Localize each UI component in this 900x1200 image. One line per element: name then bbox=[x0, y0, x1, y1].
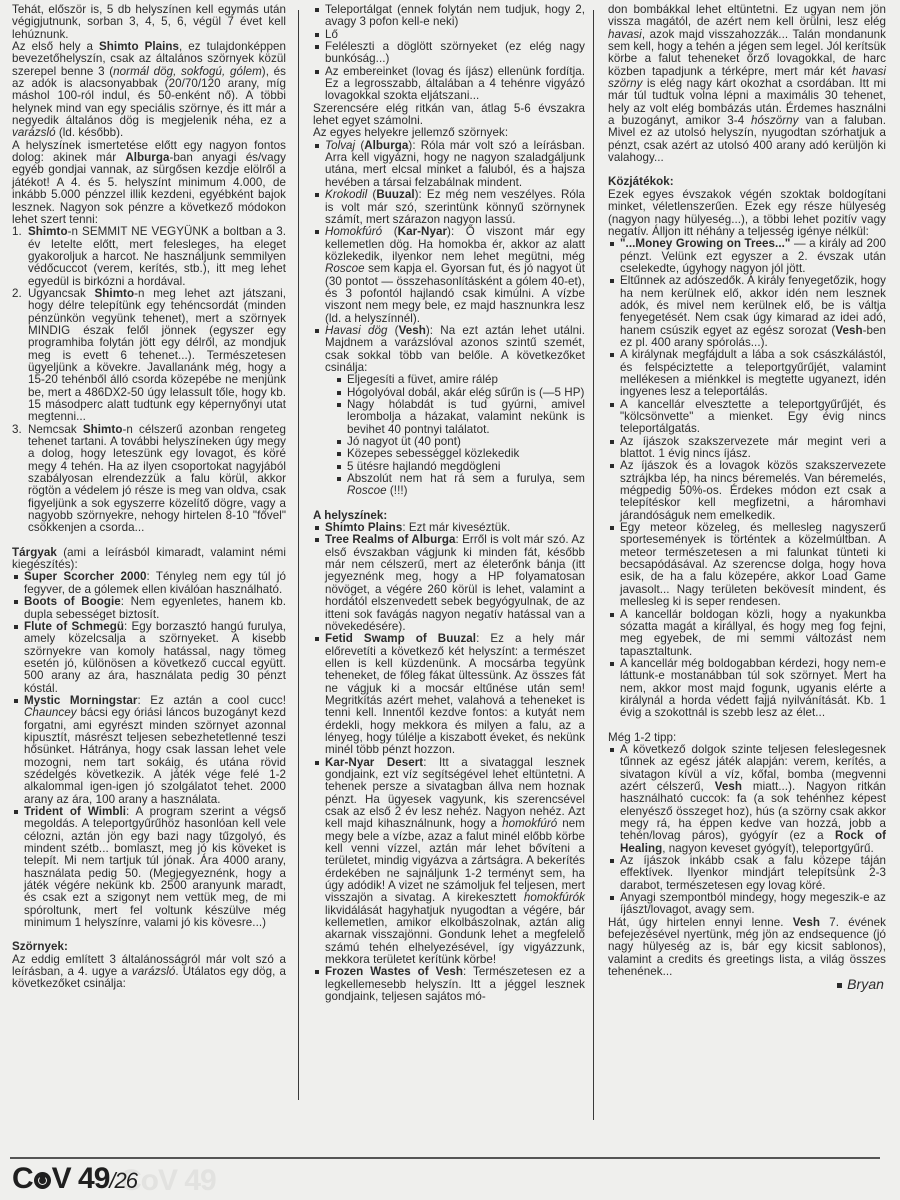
paragraph: Szerencsére elég ritkán van, átlag 5-6 é… bbox=[313, 103, 585, 128]
list-item: Flute of Schmegü: Egy borzasztó hangú fu… bbox=[12, 621, 286, 695]
places-list: Shimto Plains: Ezt már kiveséztük. Tree … bbox=[313, 522, 585, 1003]
column-left: Tehát, először is, 5 db helyszínen kell … bbox=[12, 4, 286, 991]
author-signature: Bryan bbox=[608, 978, 886, 990]
paragraph: Tehát, először is, 5 db helyszínen kell … bbox=[12, 4, 286, 41]
list-item: Az íjászok inkább csak a falu közepe táj… bbox=[608, 855, 886, 892]
local-monsters-list: Tolvaj (Alburga): Róla már volt szó a le… bbox=[313, 140, 585, 498]
list-item: Fetid Swamp of Buuzal: Ez a hely már elő… bbox=[313, 633, 585, 756]
list-item: Nemcsak Shimto-n célszerű azonban renget… bbox=[12, 424, 286, 535]
list-item: Tree Realms of Alburga: Erről is volt má… bbox=[313, 534, 585, 633]
logo-letter-c: C bbox=[12, 1162, 33, 1195]
column-middle: Teleportálgat (ennek folytán nem tudjuk,… bbox=[313, 4, 585, 1004]
tips-list: A következő dolgok szinte teljesen feles… bbox=[608, 744, 886, 917]
paragraph: A helyszínek ismertetése előtt egy nagyo… bbox=[12, 140, 286, 226]
section-heading-interludes: Közjátékok: bbox=[608, 176, 886, 188]
havasi-abilities-list: Eljegesíti a füvet, amire rálép Hógolyóv… bbox=[335, 374, 585, 497]
column-divider bbox=[593, 10, 594, 1120]
paragraph: Az első hely a Shimto Plains, ez tulajdo… bbox=[12, 41, 286, 140]
logo-issue: V 49 bbox=[52, 1162, 110, 1195]
list-item: Super Scorcher 2000: Tényleg nem egy túl… bbox=[12, 571, 286, 596]
interludes-list: "...Money Growing on Trees..." — a királ… bbox=[608, 238, 886, 719]
page-number: /26 bbox=[109, 1168, 137, 1193]
list-item: A királynak megfájdult a lába a sok csás… bbox=[608, 349, 886, 398]
list-item: Egy meteor közeleg, és mellesleg nagysze… bbox=[608, 522, 886, 608]
list-item: Nagy hólabdát is tud gyúrni, amivel lero… bbox=[335, 399, 585, 436]
list-item: A kancellár még boldogabban kérdezi, hog… bbox=[608, 658, 886, 720]
square-bullet-icon bbox=[837, 983, 842, 988]
list-item: Homokfúró (Kar-Nyar): Ő viszont már egy … bbox=[313, 226, 585, 325]
list-item: Tolvaj (Alburga): Róla már volt szó a le… bbox=[313, 140, 585, 189]
paragraph: don bombákkal lehet eltüntetni. Ez ugyan… bbox=[608, 4, 886, 164]
paragraph: Az eddig említett 3 általánosságról már … bbox=[12, 954, 286, 991]
paragraph: Ezek egyes évszakok végén szoktak boldog… bbox=[608, 189, 886, 238]
list-item: A kancellár elvesztette a teleportgyűrűj… bbox=[608, 399, 886, 436]
list-item: Kar-Nyar Desert: Itt a sivataggal leszne… bbox=[313, 757, 585, 967]
magazine-logo: CV 49/26 bbox=[12, 1162, 137, 1196]
list-item: Az íjászok szakszervezete már megint ver… bbox=[608, 436, 886, 461]
list-item: Az íjászok és a lovagok közös szakszerve… bbox=[608, 460, 886, 522]
list-item: Ugyancsak Shimto-n meg lehet azt játszan… bbox=[12, 288, 286, 424]
wizard-abilities-list: Teleportálgat (ennek folytán nem tudjuk,… bbox=[313, 4, 585, 103]
list-item: Mystic Morningstar: Ez aztán a cool cucc… bbox=[12, 695, 286, 806]
column-right: don bombákkal lehet eltüntetni. Ez ugyan… bbox=[608, 4, 886, 991]
list-item: A következő dolgok szinte teljesen feles… bbox=[608, 744, 886, 855]
list-item: Krokodil (Buuzal): Ez még nem veszélyes.… bbox=[313, 189, 585, 226]
list-item: Anyagi szempontból mindegy, hogy megeszi… bbox=[608, 892, 886, 917]
column-divider bbox=[298, 10, 299, 1100]
list-item: Teleportálgat (ennek folytán nem tudjuk,… bbox=[313, 4, 585, 29]
list-item: Frozen Wastes of Vesh: Természetesen ez … bbox=[313, 966, 585, 1003]
list-item: Feléleszti a döglött szörnyeket (ez elég… bbox=[313, 41, 585, 66]
list-item: Eljegesíti a füvet, amire rálép bbox=[335, 374, 585, 386]
list-item: Közepes sebességgel közlekedik bbox=[335, 448, 585, 460]
list-item: "...Money Growing on Trees..." — a királ… bbox=[608, 238, 886, 275]
money-tips-list: Shimto-n SEMMIT NE VEGYÜNK a boltban a 3… bbox=[12, 226, 286, 535]
list-item: Az embereinket (lovag és íjász) ellenünk… bbox=[313, 66, 585, 103]
list-item: Havasi dög (Vesh): Na ezt aztán lehet ut… bbox=[313, 325, 585, 498]
list-item: A kancellár boldogan közli, hogy a nyaku… bbox=[608, 609, 886, 658]
list-item: Trident of Wimbli: A program szerint a v… bbox=[12, 806, 286, 929]
magazine-page: Tehát, először is, 5 db helyszínen kell … bbox=[0, 0, 900, 1200]
list-item: Shimto-n SEMMIT NE VEGYÜNK a boltban a 3… bbox=[12, 226, 286, 288]
list-item: Eltűnnek az adószedők. A király fenyeget… bbox=[608, 275, 886, 349]
list-item: Abszolút nem hat rá sem a furulya, sem R… bbox=[335, 473, 585, 498]
footer-rule bbox=[10, 1157, 880, 1159]
smiley-o-icon bbox=[34, 1172, 51, 1189]
section-heading-items: Tárgyak (ami a leírásból kimaradt, valam… bbox=[12, 547, 286, 572]
items-list: Super Scorcher 2000: Tényleg nem egy túl… bbox=[12, 571, 286, 929]
closing-paragraph: Hát, úgy hirtelen ennyi lenne. Vesh 7. é… bbox=[608, 917, 886, 979]
list-item: Boots of Boogie: Nem egyenletes, hanem k… bbox=[12, 596, 286, 621]
